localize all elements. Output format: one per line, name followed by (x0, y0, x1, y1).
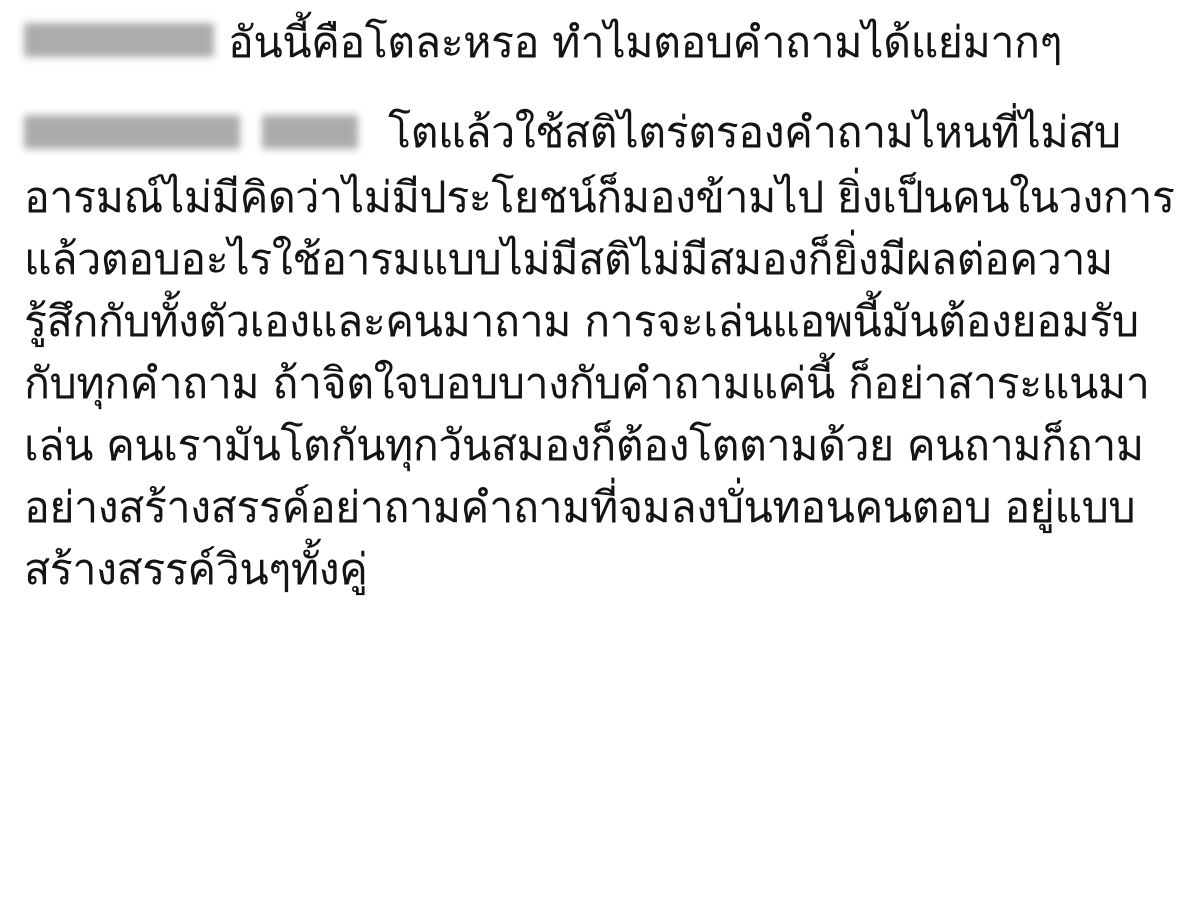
blurred-username[interactable] (24, 23, 214, 57)
comment-text: อันนี้คือโตละหรอ ทำไมตอบคำถามได้แย่มากๆ (228, 18, 1062, 68)
comment-list: อันนี้คือโตละหรอ ทำไมตอบคำถามได้แย่มากๆ … (24, 0, 1184, 601)
comment: อันนี้คือโตละหรอ ทำไมตอบคำถามได้แย่มากๆ (24, 0, 1184, 74)
comment: โตแล้วใช้สติไตร่ตรองคำถามไหนที่ไม่สบอารม… (24, 102, 1184, 601)
blurred-username[interactable] (24, 99, 358, 161)
comment-text: โตแล้วใช้สติไตร่ตรองคำถามไหนที่ไม่สบอารม… (24, 108, 1175, 595)
